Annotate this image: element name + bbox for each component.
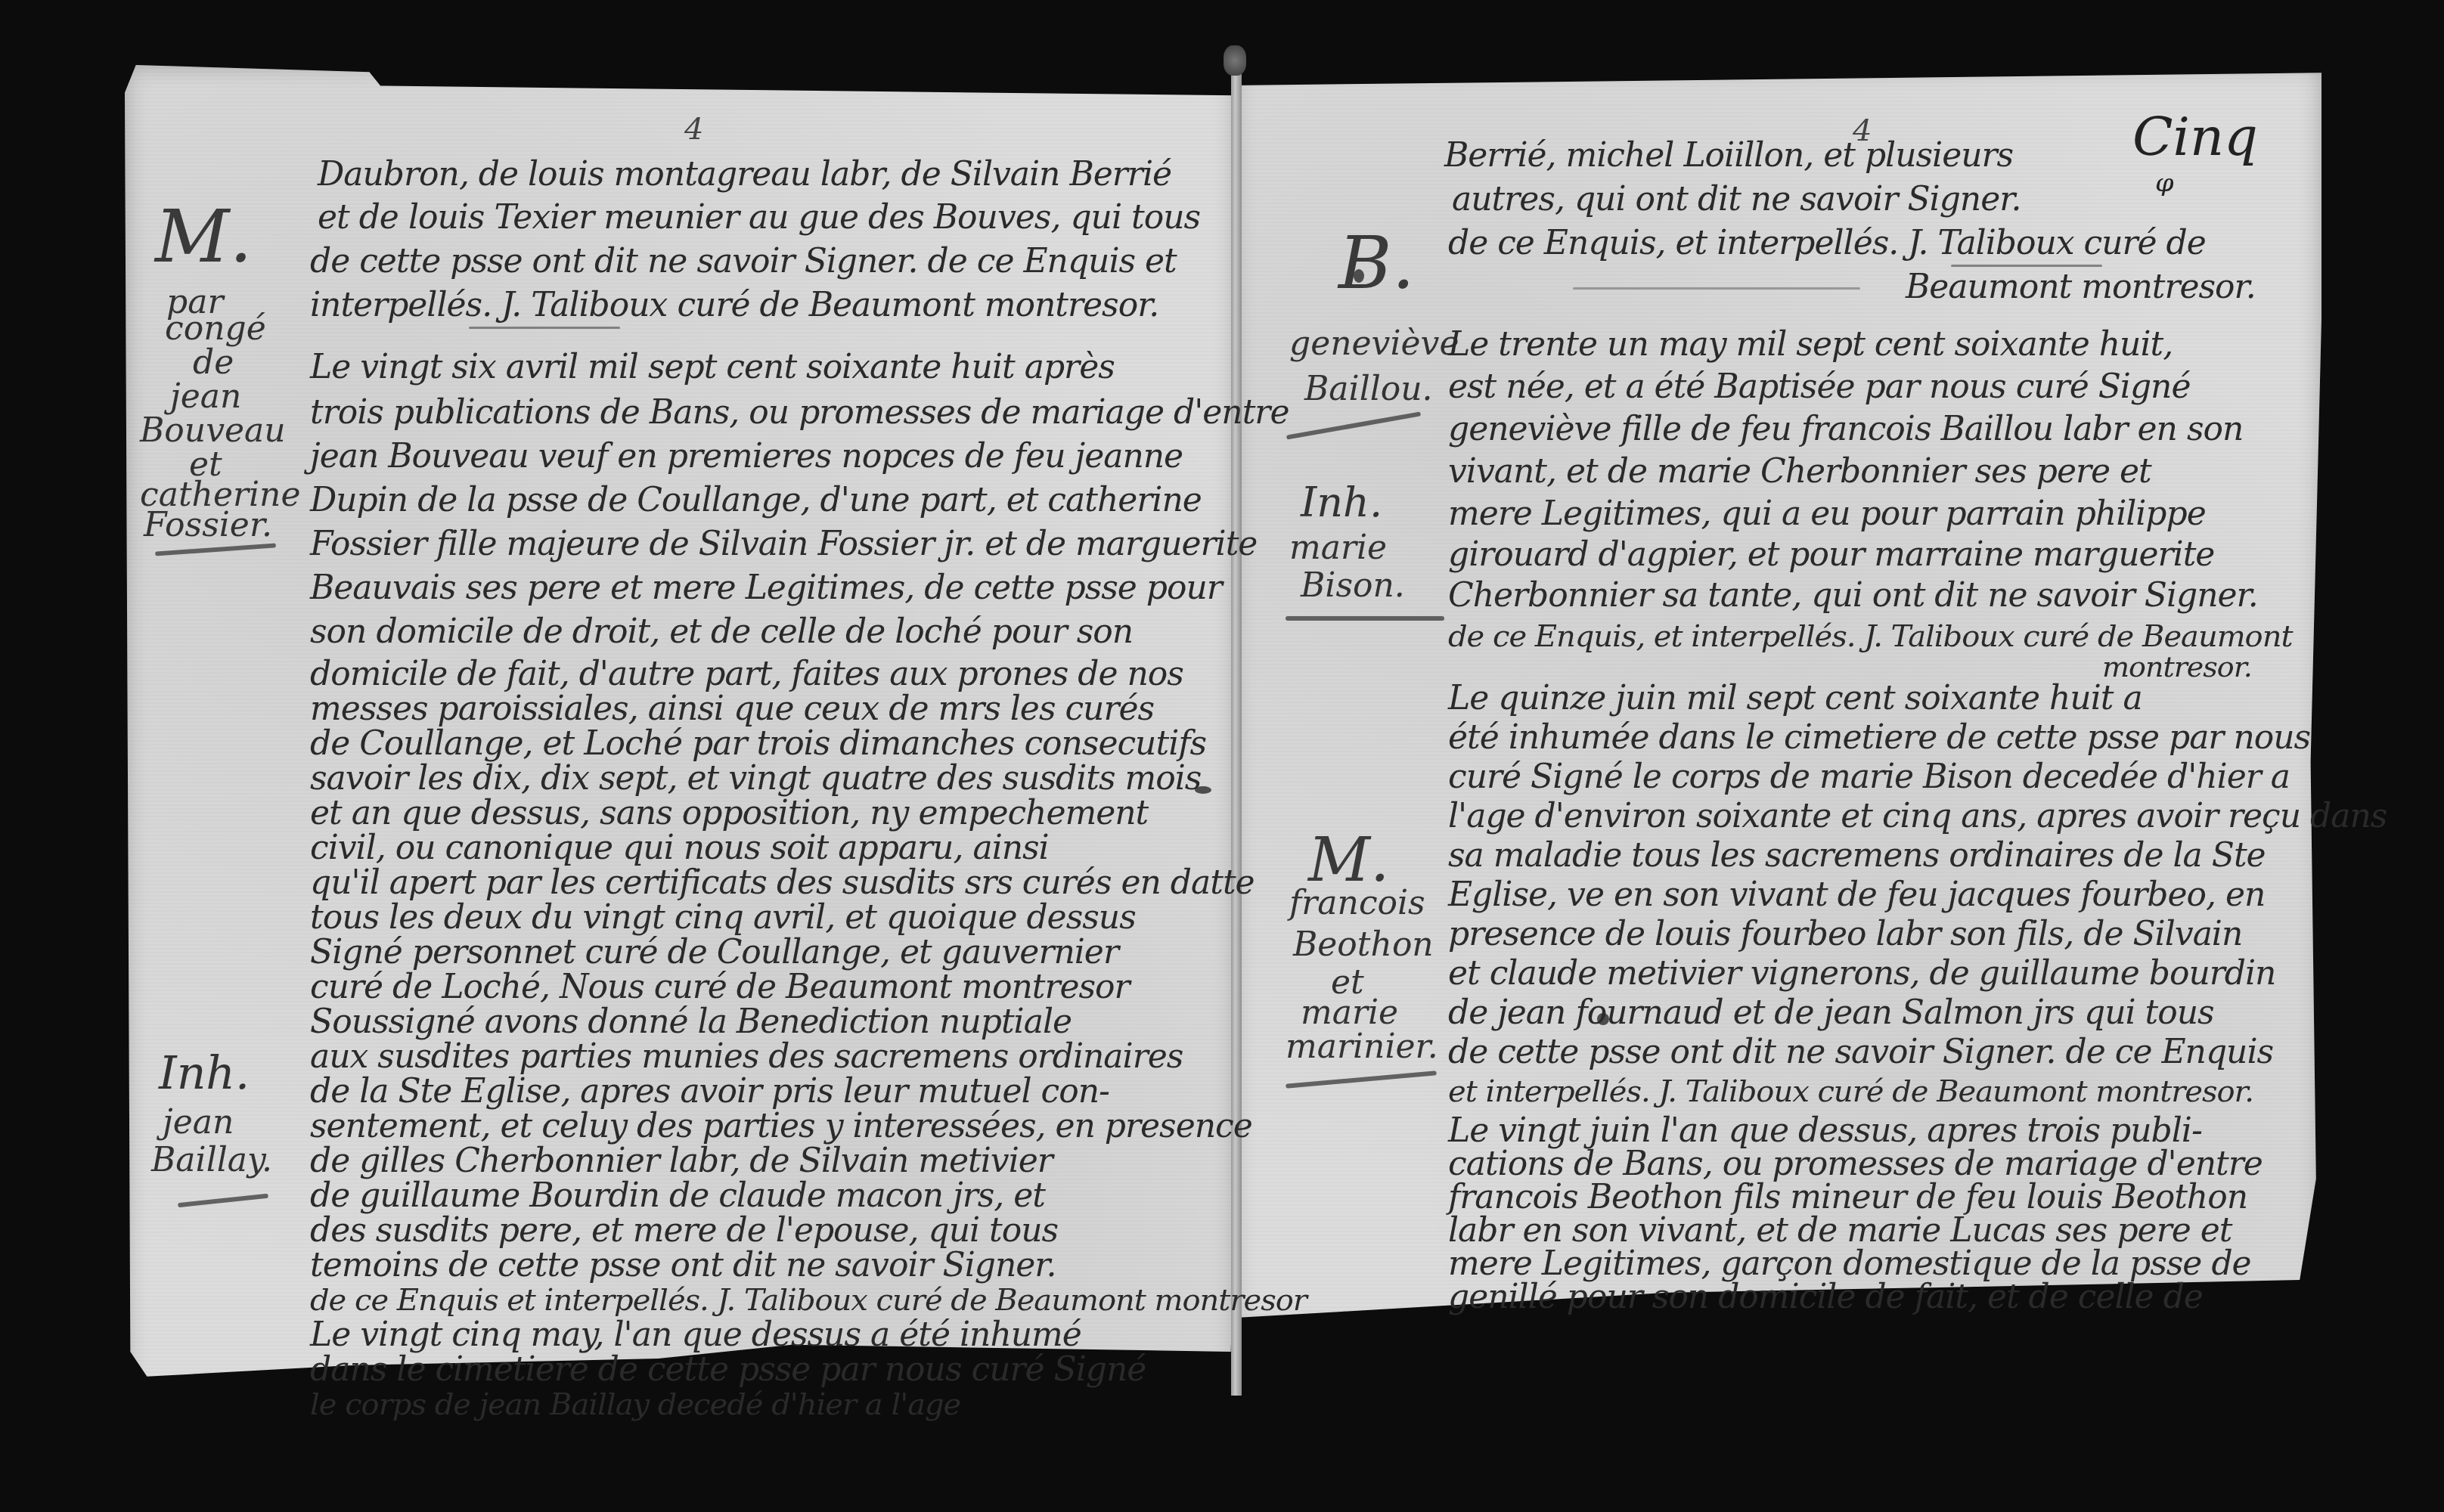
margin-word: Bison. [1301, 567, 1405, 605]
margin-word: congé [165, 310, 266, 348]
text-line: dans le cimetiere de cette psse par nous… [310, 1350, 1146, 1390]
text-line: geneviève fille de feu francois Baillou … [1448, 410, 2243, 449]
margin-word: jean [170, 378, 241, 416]
text-line: curé de Loché, Nous curé de Beaumont mon… [310, 968, 1130, 1007]
margin-word: Beothon [1293, 926, 1434, 964]
margin-word: Baillay. [151, 1142, 272, 1179]
text-line: Le quinze juin mil sept cent soixante hu… [1448, 679, 2142, 718]
text-line: interpellés. J. Taliboux curé de Beaumon… [310, 286, 1158, 325]
text-line: Soussigné avons donné la Benediction nup… [310, 1002, 1072, 1042]
margin-label: Inh. [159, 1055, 250, 1092]
text-line: l'age d'environ soixante et cinq ans, ap… [1448, 797, 2387, 836]
text-line: de Coullange, et Loché par trois dimanch… [310, 724, 1206, 764]
corner-annotation: Cinq [2132, 106, 2258, 168]
text-line: Berrié, michel Loiillon, et plusieurs [1444, 136, 2013, 175]
text-line: Signé personnet curé de Coullange, et ga… [310, 933, 1118, 972]
text-line: savoir les dix, dix sept, et vingt quatr… [310, 759, 1201, 798]
text-line: presence de louis fourbeo labr son fils,… [1448, 915, 2242, 954]
text-line: de ce Enquis et interpellés. J. Taliboux… [310, 1281, 1307, 1320]
text-line: de jean fournaud et de jean Salmon jrs q… [1448, 993, 2214, 1033]
text-line: domicile de fait, d'autre part, faites a… [310, 655, 1183, 694]
margin-word: marie [1301, 994, 1398, 1032]
margin-word: marinier. [1286, 1028, 1438, 1066]
text-line: Fossier fille majeure de Silvain Fossier… [310, 525, 1257, 564]
margin-label: B. [1338, 227, 1415, 299]
text-line: Cherbonnier sa tante, qui ont dit ne sav… [1448, 576, 2258, 615]
binding-thread [1224, 45, 1246, 76]
margin-word: geneviève [1289, 325, 1459, 363]
text-line: Le vingt six avril mil sept cent soixant… [310, 348, 1115, 387]
text-line: vivant, et de marie Cherbonnier ses pere… [1448, 452, 2151, 491]
text-line: autres, qui ont dit ne savoir Signer. [1452, 180, 2021, 219]
text-line: sa maladie tous les sacremens ordinaires… [1448, 836, 2266, 875]
ink-blot [1597, 1013, 1609, 1025]
ink-blot [1354, 269, 1364, 283]
text-line: et claude metivier vignerons, de guillau… [1448, 954, 2275, 993]
text-line: de guillaume Bourdin de claude macon jrs… [310, 1176, 1045, 1216]
text-line: de cette psse ont dit ne savoir Signer. … [310, 242, 1177, 281]
text-line: de la Ste Eglise, apres avoir pris leur … [310, 1072, 1109, 1111]
text-line: girouard d'agpier, et pour marraine marg… [1448, 535, 2214, 575]
text-line: Beauvais ses pere et mere Legitimes, de … [310, 569, 1222, 608]
corner-annotation-symbol: ᵠ [2155, 166, 2174, 215]
text-line: est née, et a été Baptisée par nous curé… [1448, 367, 2190, 407]
text-line: de cette psse ont dit ne savoir Signer. … [1448, 1033, 2273, 1072]
text-line: trois publications de Bans, ou promesses… [310, 393, 1289, 432]
text-line: Dupin de la psse de Coullange, d'une par… [310, 481, 1202, 520]
ink-blot [1195, 786, 1211, 794]
text-line: temoins de cette psse ont dit ne savoir … [310, 1246, 1056, 1285]
margin-word: Fossier. [144, 507, 272, 544]
signature-underline [1951, 265, 2102, 267]
signature-underline [469, 327, 620, 329]
text-line: curé Signé le corps de marie Bison deced… [1448, 758, 2290, 797]
text-line: son domicile de droit, et de celle de lo… [310, 612, 1133, 652]
text-line: et de louis Texier meunier au gue des Bo… [318, 198, 1200, 237]
text-line: Daubron, de louis montagreau labr, de Si… [318, 155, 1171, 194]
margin-label: Inh. [1301, 484, 1382, 522]
text-line: Le vingt cinq may, l'an que dessus a été… [310, 1315, 1081, 1355]
text-line: été inhumée dans le cimetiere de cette p… [1448, 718, 2310, 758]
text-line: sentement, et celuy des parties y intere… [310, 1107, 1252, 1146]
margin-word: marie [1289, 529, 1387, 567]
text-line: des susdits pere, et mere de l'epouse, q… [310, 1211, 1058, 1250]
text-line: tous les deux du vingt cinq avril, et qu… [310, 898, 1136, 937]
text-line: jean Bouveau veuf en premieres nopces de… [310, 437, 1183, 476]
text-line: messes paroissiales, ainsi que ceux de m… [310, 689, 1154, 729]
text-line: de gilles Cherbonnier labr, de Silvain m… [310, 1142, 1053, 1181]
text-line: qu'il apert par les certificats des susd… [310, 863, 1255, 903]
text-line: civil, ou canonique qui nous soit apparu… [310, 829, 1049, 868]
margin-underline [1286, 616, 1444, 621]
text-line: Beaumont montresor. [1906, 268, 2256, 307]
text-line: Le trente un may mil sept cent soixante … [1448, 325, 2173, 364]
margin-word: francois [1289, 885, 1425, 922]
text-line: de ce Enquis, et interpellés. J. Talibou… [1448, 224, 2206, 263]
margin-word: de [193, 344, 234, 382]
text-line: aux susdites parties munies des sacremen… [310, 1037, 1183, 1077]
folio-mark-left: 4 [684, 112, 703, 147]
text-line: et an que dessus, sans opposition, ny em… [310, 794, 1148, 833]
margin-word: Bouveau [140, 412, 286, 450]
margin-label: M. [155, 200, 253, 273]
text-line: le corps de jean Baillay decedé d'hier a… [310, 1385, 960, 1424]
text-line: genillé pour son domicile de fait, et de… [1448, 1278, 2203, 1317]
dash-rule [1573, 287, 1860, 290]
text-line: mere Legitimes, qui a eu pour parrain ph… [1448, 494, 2206, 534]
margin-word: jean [163, 1104, 234, 1142]
text-line: Eglise, ve en son vivant de feu jacques … [1448, 875, 2265, 915]
text-line: et interpellés. J. Taliboux curé de Beau… [1448, 1072, 2253, 1111]
margin-word: Baillou. [1304, 370, 1433, 408]
binding-gutter [1231, 65, 1242, 1396]
